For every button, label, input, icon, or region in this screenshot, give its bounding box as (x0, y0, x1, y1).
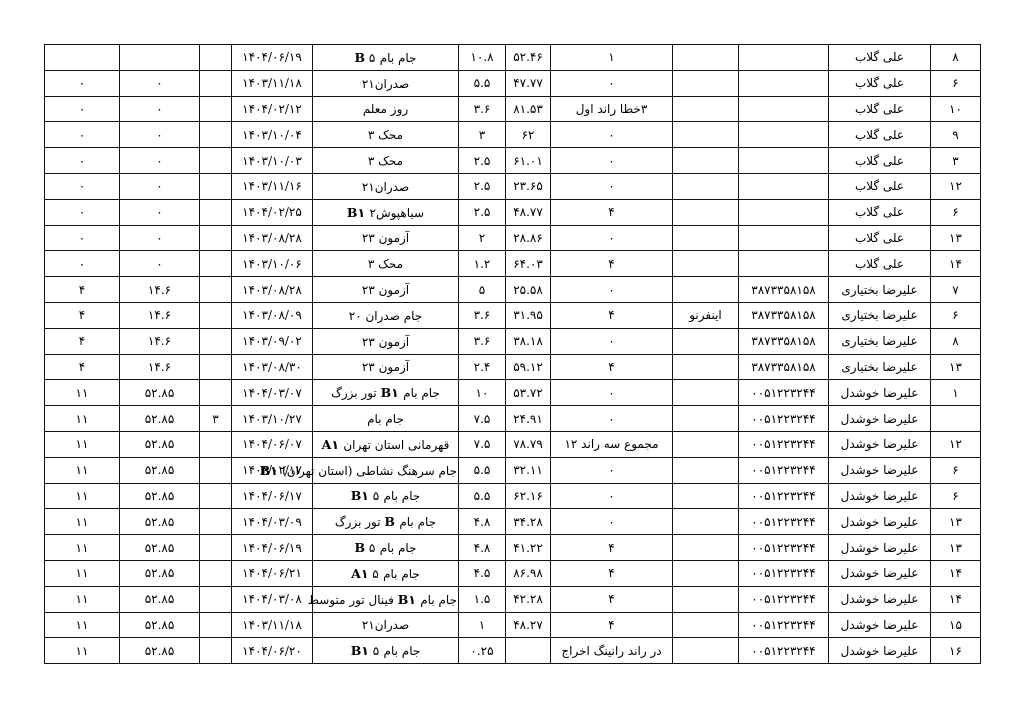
cell-date: ۱۴۰۳/۱۰/۰۳ (232, 148, 313, 174)
event-name-persian: جام صدران ۲۰ (349, 309, 422, 323)
cell-left-value: ۱۱ (45, 535, 120, 561)
cell-count: ۷ (931, 277, 981, 303)
cell-score: ۸۶.۹۸ (506, 560, 551, 586)
cell-date: ۱۴۰۴/۰۶/۱۹ (232, 45, 313, 71)
event-class-latin: A۱ (351, 566, 383, 581)
cell-small-flag (200, 431, 232, 457)
cell-left-value: ۴ (45, 354, 120, 380)
table-row: علیرضا خوشدل ۰۰۵۱۲۲۳۲۴۴ ۰ ۲۴.۹۱ ۷.۵ جام … (45, 406, 981, 432)
cell-count: ۸ (931, 328, 981, 354)
cell-small-flag (200, 483, 232, 509)
cell-date: ۱۴۰۴/۰۲/۲۵ (232, 199, 313, 225)
cell-horse-name (673, 277, 739, 303)
cell-date: ۱۴۰۳/۱۱/۱۶ (232, 173, 313, 199)
cell-score: ۴۲.۲۸ (506, 586, 551, 612)
event-class-latin: B۱ (347, 205, 370, 220)
cell-left-value: ۱۱ (45, 509, 120, 535)
cell-count: ۱۰ (931, 96, 981, 122)
cell-rider-name: علیرضا خوشدل (829, 638, 931, 664)
cell-rider-id: ۰۰۵۱۲۲۳۲۴۴ (739, 457, 829, 483)
cell-left-value: ۱۱ (45, 431, 120, 457)
cell-horse-name (673, 483, 739, 509)
cell-result-note: ۰ (551, 277, 673, 303)
cell-rider-name: علی گلاب (829, 251, 931, 277)
cell-rider-name: علیرضا خوشدل (829, 509, 931, 535)
cell-small-flag (200, 560, 232, 586)
cell-rider-id: ۳۸۷۳۳۵۸۱۵۸ (739, 354, 829, 380)
cell-score: ۸۱.۵۳ (506, 96, 551, 122)
cell-coefficient: ۴.۵ (459, 560, 506, 586)
cell-small-flag (200, 328, 232, 354)
event-name-persian: صدران۲۱ (362, 180, 409, 194)
cell-small-flag (200, 509, 232, 535)
cell-left-value: ۰ (45, 251, 120, 277)
cell-left-value: ۱۱ (45, 612, 120, 638)
cell-rider-name: علیرضا خوشدل (829, 406, 931, 432)
cell-result-note: ۱ (551, 45, 673, 71)
cell-total-score: ۰ (120, 70, 200, 96)
cell-date: ۱۴۰۴/۰۲/۱۷ (232, 457, 313, 483)
cell-small-flag (200, 302, 232, 328)
event-name-persian: محک ۳ (368, 257, 403, 271)
cell-total-score: ۰ (120, 199, 200, 225)
cell-coefficient: ۷.۵ (459, 431, 506, 457)
cell-event-name: جام صدران ۲۰ (313, 302, 459, 328)
cell-rider-name: علی گلاب (829, 148, 931, 174)
cell-rider-id: ۰۰۵۱۲۲۳۲۴۴ (739, 612, 829, 638)
cell-rider-name: علیرضا بختیاری (829, 302, 931, 328)
table-row: ۸ علی گلاب ۱ ۵۲.۴۶ ۱۰.۸ جام بام B ۵ ۱۴۰۴… (45, 45, 981, 71)
cell-date: ۱۴۰۳/۱۱/۱۸ (232, 70, 313, 96)
cell-coefficient: ۰.۲۵ (459, 638, 506, 664)
cell-count: ۱۴ (931, 560, 981, 586)
cell-count: ۱۳ (931, 535, 981, 561)
cell-event-name: جام بام B ۵ (313, 535, 459, 561)
cell-horse-name (673, 380, 739, 406)
cell-event-name: روز معلم (313, 96, 459, 122)
table-row: ۱ علیرضا خوشدل ۰۰۵۱۲۲۳۲۴۴ ۰ ۵۳.۷۲ ۱۰ جام… (45, 380, 981, 406)
event-name-persian: آزمون ۲۳ (362, 360, 409, 374)
cell-total-score: ۵۲.۸۵ (120, 535, 200, 561)
cell-rider-id (739, 122, 829, 148)
cell-count: ۱۴ (931, 586, 981, 612)
event-name-persian: آزمون ۲۳ (362, 335, 409, 349)
event-class-latin: B (384, 514, 399, 529)
cell-score: ۴۸.۷۷ (506, 199, 551, 225)
cell-coefficient: ۲.۴ (459, 354, 506, 380)
cell-coefficient: ۳ (459, 122, 506, 148)
cell-date: ۱۴۰۴/۰۶/۱۹ (232, 535, 313, 561)
cell-result-note: ۰ (551, 406, 673, 432)
cell-event-name: صدران۲۱ (313, 173, 459, 199)
table-row: ۱۶ علیرضا خوشدل ۰۰۵۱۲۲۳۲۴۴ در راند رانین… (45, 638, 981, 664)
cell-coefficient: ۱.۲ (459, 251, 506, 277)
cell-result-note: ۴ (551, 586, 673, 612)
cell-total-score: ۱۴.۶ (120, 302, 200, 328)
cell-coefficient: ۱۰.۸ (459, 45, 506, 71)
cell-rider-name: علی گلاب (829, 122, 931, 148)
cell-count: ۱۵ (931, 612, 981, 638)
cell-count: ۱۳ (931, 354, 981, 380)
cell-date: ۱۴۰۳/۱۰/۰۴ (232, 122, 313, 148)
table-row: ۱۳ علیرضا خوشدل ۰۰۵۱۲۲۳۲۴۴ ۴ ۴۱.۲۲ ۴.۸ ج… (45, 535, 981, 561)
cell-horse-name (673, 251, 739, 277)
cell-score: ۲۳.۶۵ (506, 173, 551, 199)
event-name-persian: سیاهپوش۲ (369, 206, 424, 220)
cell-left-value: ۱۱ (45, 457, 120, 483)
cell-small-flag (200, 45, 232, 71)
cell-total-score: ۵۲.۸۵ (120, 380, 200, 406)
cell-rider-id: ۰۰۵۱۲۲۳۲۴۴ (739, 535, 829, 561)
cell-date: ۱۴۰۳/۰۸/۲۸ (232, 277, 313, 303)
cell-rider-id: ۳۸۷۳۳۵۸۱۵۸ (739, 277, 829, 303)
table-row: ۶ علیرضا خوشدل ۰۰۵۱۲۲۳۲۴۴ ۰ ۶۲.۱۶ ۵.۵ جا… (45, 483, 981, 509)
cell-rider-name: علیرضا خوشدل (829, 431, 931, 457)
cell-rider-name: علیرضا خوشدل (829, 612, 931, 638)
table-row: ۱۴ علی گلاب ۴ ۶۴.۰۳ ۱.۲ محک ۳ ۱۴۰۳/۱۰/۰۶… (45, 251, 981, 277)
cell-event-name: جام بام A۱ ۵ (313, 560, 459, 586)
event-name-suffix: ۵ (369, 644, 379, 658)
cell-total-score: ۱۴.۶ (120, 328, 200, 354)
event-name-suffix: فینال تور متوسط (308, 593, 398, 607)
cell-result-note: ۰ (551, 509, 673, 535)
cell-rider-id: ۰۰۵۱۲۲۳۲۴۴ (739, 560, 829, 586)
event-name-persian: جام بام (380, 51, 417, 65)
table-row: ۱۰ علی گلاب ۳خطا راند اول ۸۱.۵۳ ۳.۶ روز … (45, 96, 981, 122)
cell-count: ۶ (931, 457, 981, 483)
cell-event-name: محک ۳ (313, 251, 459, 277)
cell-rider-name: علیرضا خوشدل (829, 457, 931, 483)
cell-rider-id: ۰۰۵۱۲۲۳۲۴۴ (739, 406, 829, 432)
cell-total-score: ۱۴.۶ (120, 354, 200, 380)
cell-left-value: ۴ (45, 302, 120, 328)
cell-result-note: ۴ (551, 199, 673, 225)
cell-score: ۴۱.۲۲ (506, 535, 551, 561)
cell-left-value: ۰ (45, 199, 120, 225)
cell-count: ۱۳ (931, 509, 981, 535)
cell-event-name: جام بام B تور بزرگ (313, 509, 459, 535)
cell-rider-id: ۰۰۵۱۲۲۳۲۴۴ (739, 586, 829, 612)
cell-coefficient: ۴.۸ (459, 509, 506, 535)
cell-coefficient: ۴.۸ (459, 535, 506, 561)
cell-horse-name: اینفرنو (673, 302, 739, 328)
table-row: ۸ علیرضا بختیاری ۳۸۷۳۳۵۸۱۵۸ ۰ ۳۸.۱۸ ۳.۶ … (45, 328, 981, 354)
cell-small-flag (200, 173, 232, 199)
cell-date: ۱۴۰۳/۰۸/۳۰ (232, 354, 313, 380)
cell-horse-name (673, 431, 739, 457)
table-row: ۱۴ علیرضا خوشدل ۰۰۵۱۲۲۳۲۴۴ ۴ ۴۲.۲۸ ۱.۵ ج… (45, 586, 981, 612)
cell-count: ۶ (931, 483, 981, 509)
cell-result-note: ۳خطا راند اول (551, 96, 673, 122)
cell-rider-name: علیرضا خوشدل (829, 586, 931, 612)
cell-horse-name (673, 406, 739, 432)
cell-small-flag (200, 586, 232, 612)
cell-total-score: ۵۲.۸۵ (120, 612, 200, 638)
cell-total-score: ۵۲.۸۵ (120, 457, 200, 483)
cell-result-note: ۰ (551, 225, 673, 251)
cell-event-name: صدران۲۱ (313, 70, 459, 96)
cell-score: ۴۸.۲۷ (506, 612, 551, 638)
cell-score: ۳۱.۹۵ (506, 302, 551, 328)
cell-horse-name (673, 535, 739, 561)
cell-coefficient: ۵.۵ (459, 70, 506, 96)
cell-count: ۱ (931, 380, 981, 406)
cell-result-note: ۴ (551, 612, 673, 638)
event-name-persian: محک ۳ (368, 154, 403, 168)
cell-rider-id (739, 225, 829, 251)
cell-coefficient: ۲.۵ (459, 199, 506, 225)
cell-total-score: ۵۲.۸۵ (120, 406, 200, 432)
cell-coefficient: ۱۰ (459, 380, 506, 406)
cell-total-score: ۱۴.۶ (120, 277, 200, 303)
cell-result-note: ۴ (551, 251, 673, 277)
cell-result-note: ۴ (551, 560, 673, 586)
cell-date: ۱۴۰۴/۰۶/۰۷ (232, 431, 313, 457)
cell-rider-id: ۰۰۵۱۲۲۳۲۴۴ (739, 509, 829, 535)
event-class-latin: B۱ (398, 592, 421, 607)
cell-date: ۱۴۰۴/۰۲/۱۲ (232, 96, 313, 122)
cell-score: ۶۴.۰۳ (506, 251, 551, 277)
cell-coefficient: ۳.۶ (459, 96, 506, 122)
cell-score: ۲۵.۵۸ (506, 277, 551, 303)
cell-rider-name: علیرضا بختیاری (829, 354, 931, 380)
event-name-suffix: تور بزرگ (331, 386, 380, 400)
cell-date: ۱۴۰۳/۱۰/۰۶ (232, 251, 313, 277)
cell-rider-name: علی گلاب (829, 225, 931, 251)
cell-rider-id (739, 199, 829, 225)
cell-horse-name (673, 45, 739, 71)
cell-rider-id (739, 148, 829, 174)
cell-count: ۳ (931, 148, 981, 174)
event-name-persian: آزمون ۲۳ (362, 283, 409, 297)
cell-horse-name (673, 509, 739, 535)
event-name-suffix: ۵ (369, 489, 379, 503)
event-name-persian: جام سرهنگ نشاطی (استان تهران) (282, 464, 457, 478)
cell-left-value: ۰ (45, 173, 120, 199)
cell-coefficient: ۷.۵ (459, 406, 506, 432)
cell-small-flag (200, 122, 232, 148)
cell-event-name: جام بام B۱ ۵ (313, 638, 459, 664)
cell-rider-id (739, 251, 829, 277)
cell-date: ۱۴۰۳/۱۰/۲۷ (232, 406, 313, 432)
cell-total-score: ۰ (120, 96, 200, 122)
cell-rider-id (739, 70, 829, 96)
cell-coefficient: ۵.۵ (459, 457, 506, 483)
cell-left-value: ۱۱ (45, 560, 120, 586)
document-page: ۸ علی گلاب ۱ ۵۲.۴۶ ۱۰.۸ جام بام B ۵ ۱۴۰۴… (0, 0, 1024, 724)
table-row: ۱۳ علی گلاب ۰ ۲۸.۸۶ ۲ آزمون ۲۳ ۱۴۰۳/۰۸/۲… (45, 225, 981, 251)
cell-event-name: صدران۲۱ (313, 612, 459, 638)
cell-date: ۱۴۰۴/۰۳/۰۸ (232, 586, 313, 612)
cell-coefficient: ۵.۵ (459, 483, 506, 509)
table-row: ۷ علیرضا بختیاری ۳۸۷۳۳۵۸۱۵۸ ۰ ۲۵.۵۸ ۵ آز… (45, 277, 981, 303)
table-row: ۱۲ علی گلاب ۰ ۲۳.۶۵ ۲.۵ صدران۲۱ ۱۴۰۳/۱۱/… (45, 173, 981, 199)
cell-result-note: ۰ (551, 328, 673, 354)
cell-horse-name (673, 612, 739, 638)
cell-result-note: ۴ (551, 302, 673, 328)
cell-small-flag (200, 199, 232, 225)
cell-score: ۵۲.۴۶ (506, 45, 551, 71)
cell-count: ۶ (931, 302, 981, 328)
table-row: ۱۲ علیرضا خوشدل ۰۰۵۱۲۲۳۲۴۴ مجموع سه راند… (45, 431, 981, 457)
cell-score: ۷۸.۷۹ (506, 431, 551, 457)
cell-horse-name (673, 173, 739, 199)
cell-rider-name: علی گلاب (829, 70, 931, 96)
cell-total-score: ۰ (120, 225, 200, 251)
cell-horse-name (673, 70, 739, 96)
cell-rider-id (739, 173, 829, 199)
cell-rider-name: علیرضا خوشدل (829, 560, 931, 586)
cell-coefficient: ۲.۵ (459, 148, 506, 174)
cell-rider-name: علیرضا خوشدل (829, 535, 931, 561)
cell-score: ۶۲.۱۶ (506, 483, 551, 509)
cell-rider-id: ۳۸۷۳۳۵۸۱۵۸ (739, 328, 829, 354)
cell-result-note: ۰ (551, 70, 673, 96)
cell-horse-name (673, 122, 739, 148)
cell-total-score: ۰ (120, 251, 200, 277)
cell-horse-name (673, 457, 739, 483)
cell-result-note: در راند رانینگ اخراج (551, 638, 673, 664)
cell-small-flag (200, 457, 232, 483)
cell-left-value: ۴ (45, 277, 120, 303)
event-class-latin: B۱ (351, 643, 384, 658)
cell-event-name: جام بام B۱ تور بزرگ (313, 380, 459, 406)
cell-result-note: ۰ (551, 122, 673, 148)
table-row: ۶ علیرضا خوشدل ۰۰۵۱۲۲۳۲۴۴ ۰ ۳۲.۱۱ ۵.۵ جا… (45, 457, 981, 483)
cell-result-note: ۴ (551, 535, 673, 561)
cell-left-value: ۰ (45, 148, 120, 174)
cell-score: ۲۸.۸۶ (506, 225, 551, 251)
cell-small-flag (200, 70, 232, 96)
event-name-persian: جام بام (384, 489, 421, 503)
cell-count: ۱۲ (931, 431, 981, 457)
cell-result-note: ۰ (551, 148, 673, 174)
cell-date: ۱۴۰۳/۰۸/۲۸ (232, 225, 313, 251)
event-name-persian: جام بام (380, 541, 417, 555)
results-table: ۸ علی گلاب ۱ ۵۲.۴۶ ۱۰.۸ جام بام B ۵ ۱۴۰۴… (44, 44, 981, 664)
event-name-suffix: ۵ (365, 541, 375, 555)
cell-rider-id: ۰۰۵۱۲۲۳۲۴۴ (739, 380, 829, 406)
cell-rider-id (739, 45, 829, 71)
event-name-persian: جام بام (384, 644, 421, 658)
cell-total-score: ۰ (120, 122, 200, 148)
event-class-latin: B۱ (351, 488, 384, 503)
cell-event-name: جام سرهنگ نشاطی (استان تهران) B۱ (313, 457, 459, 483)
cell-date: ۱۴۰۳/۰۸/۰۹ (232, 302, 313, 328)
event-name-persian: محک ۳ (368, 128, 403, 142)
cell-total-score: ۰ (120, 173, 200, 199)
cell-score: ۳۴.۲۸ (506, 509, 551, 535)
cell-coefficient: ۱.۵ (459, 586, 506, 612)
cell-horse-name (673, 560, 739, 586)
table-body: ۸ علی گلاب ۱ ۵۲.۴۶ ۱۰.۸ جام بام B ۵ ۱۴۰۴… (45, 45, 981, 664)
cell-small-flag (200, 354, 232, 380)
cell-coefficient: ۵ (459, 277, 506, 303)
cell-count (931, 406, 981, 432)
event-name-persian: صدران۲۱ (362, 77, 409, 91)
cell-small-flag (200, 225, 232, 251)
cell-rider-id: ۳۸۷۳۳۵۸۱۵۸ (739, 302, 829, 328)
event-name-persian: جام بام (420, 593, 457, 607)
cell-small-flag (200, 638, 232, 664)
cell-count: ۹ (931, 122, 981, 148)
cell-rider-name: علیرضا بختیاری (829, 328, 931, 354)
table-row: ۶ علی گلاب ۰ ۴۷.۷۷ ۵.۵ صدران۲۱ ۱۴۰۳/۱۱/۱… (45, 70, 981, 96)
cell-score: ۶۲ (506, 122, 551, 148)
cell-horse-name (673, 354, 739, 380)
event-name-persian: قهرمانی استان تهران (343, 438, 449, 452)
cell-score: ۵۳.۷۲ (506, 380, 551, 406)
event-name-persian: جام بام (383, 567, 420, 581)
event-class-latin: A۱ (322, 437, 344, 452)
cell-rider-name: علیرضا خوشدل (829, 380, 931, 406)
cell-event-name: آزمون ۲۳ (313, 328, 459, 354)
cell-small-flag (200, 251, 232, 277)
event-class-latin: B۱ (381, 385, 404, 400)
table-row: ۳ علی گلاب ۰ ۶۱.۰۱ ۲.۵ محک ۳ ۱۴۰۳/۱۰/۰۳ … (45, 148, 981, 174)
event-name-suffix: ۵ (368, 567, 378, 581)
cell-horse-name (673, 148, 739, 174)
cell-left-value (45, 45, 120, 71)
cell-event-name: آزمون ۲۳ (313, 277, 459, 303)
cell-left-value: ۱۱ (45, 380, 120, 406)
cell-rider-name: علیرضا خوشدل (829, 483, 931, 509)
cell-count: ۱۳ (931, 225, 981, 251)
cell-count: ۱۶ (931, 638, 981, 664)
cell-left-value: ۰ (45, 96, 120, 122)
cell-total-score (120, 45, 200, 71)
cell-result-note: ۰ (551, 457, 673, 483)
cell-event-name: محک ۳ (313, 148, 459, 174)
cell-rider-id: ۰۰۵۱۲۲۳۲۴۴ (739, 431, 829, 457)
cell-result-note: ۰ (551, 173, 673, 199)
cell-date: ۱۴۰۳/۰۹/۰۲ (232, 328, 313, 354)
cell-small-flag: ۳ (200, 406, 232, 432)
cell-total-score: ۰ (120, 148, 200, 174)
cell-score: ۲۴.۹۱ (506, 406, 551, 432)
table-row: ۱۴ علیرضا خوشدل ۰۰۵۱۲۲۳۲۴۴ ۴ ۸۶.۹۸ ۴.۵ ج… (45, 560, 981, 586)
cell-date: ۱۴۰۴/۰۶/۱۷ (232, 483, 313, 509)
cell-count: ۶ (931, 199, 981, 225)
cell-left-value: ۱۱ (45, 406, 120, 432)
cell-horse-name (673, 96, 739, 122)
cell-event-name: آزمون ۲۳ (313, 354, 459, 380)
cell-coefficient: ۳.۶ (459, 302, 506, 328)
cell-total-score: ۵۲.۸۵ (120, 638, 200, 664)
cell-small-flag (200, 535, 232, 561)
table-row: ۱۵ علیرضا خوشدل ۰۰۵۱۲۲۳۲۴۴ ۴ ۴۸.۲۷ ۱ صدر… (45, 612, 981, 638)
cell-date: ۱۴۰۴/۰۳/۰۷ (232, 380, 313, 406)
cell-score: ۵۹.۱۲ (506, 354, 551, 380)
table-row: ۱۳ علیرضا خوشدل ۰۰۵۱۲۲۳۲۴۴ ۰ ۳۴.۲۸ ۴.۸ ج… (45, 509, 981, 535)
cell-score: ۳۸.۱۸ (506, 328, 551, 354)
cell-rider-name: علیرضا بختیاری (829, 277, 931, 303)
cell-date: ۱۴۰۴/۰۶/۲۱ (232, 560, 313, 586)
cell-small-flag (200, 96, 232, 122)
cell-rider-name: علی گلاب (829, 173, 931, 199)
cell-left-value: ۰ (45, 70, 120, 96)
cell-small-flag (200, 380, 232, 406)
cell-event-name: آزمون ۲۳ (313, 225, 459, 251)
cell-score: ۶۱.۰۱ (506, 148, 551, 174)
event-name-persian: جام بام (367, 412, 404, 426)
cell-left-value: ۱۱ (45, 483, 120, 509)
cell-coefficient: ۳.۶ (459, 328, 506, 354)
cell-result-note: مجموع سه راند ۱۲ (551, 431, 673, 457)
cell-left-value: ۰ (45, 225, 120, 251)
cell-horse-name (673, 328, 739, 354)
table-row: ۶ علی گلاب ۴ ۴۸.۷۷ ۲.۵ سیاهپوش۲ B۱ ۱۴۰۴/… (45, 199, 981, 225)
